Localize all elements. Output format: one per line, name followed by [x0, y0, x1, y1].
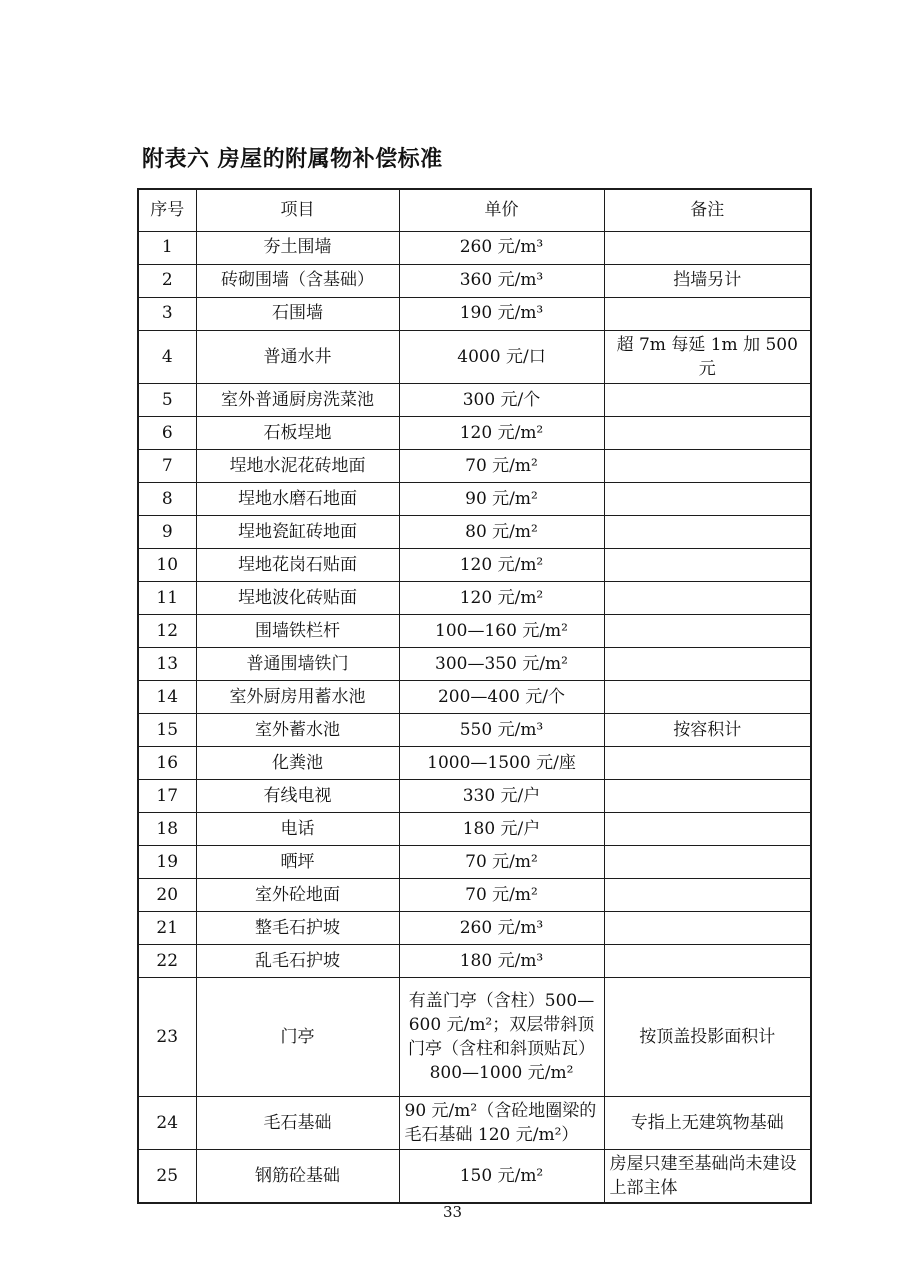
table-row: 6石板埕地120 元/m² [138, 416, 811, 449]
table-row: 16化粪池1000—1500 元/座 [138, 746, 811, 779]
cell-item: 埕地花岗石贴面 [196, 548, 399, 581]
cell-no: 19 [138, 845, 196, 878]
table-row: 8埕地水磨石地面90 元/m² [138, 482, 811, 515]
cell-no: 20 [138, 878, 196, 911]
cell-price: 1000—1500 元/座 [399, 746, 604, 779]
table-header: 序号 项目 单价 备注 [138, 189, 811, 231]
cell-price: 180 元/户 [399, 812, 604, 845]
cell-no: 8 [138, 482, 196, 515]
table-row: 14室外厨房用蓄水池200—400 元/个 [138, 680, 811, 713]
cell-item: 钢筋砼基础 [196, 1150, 399, 1204]
cell-price: 90 元/m² [399, 482, 604, 515]
cell-price: 260 元/m³ [399, 911, 604, 944]
cell-no: 15 [138, 713, 196, 746]
table-row: 3石围墙190 元/m³ [138, 297, 811, 330]
cell-item: 夯土围墙 [196, 231, 399, 264]
cell-note [604, 548, 811, 581]
compensation-table: 序号 项目 单价 备注 1夯土围墙260 元/m³2砖砌围墙（含基础）360 元… [137, 188, 812, 1204]
header-note: 备注 [604, 189, 811, 231]
cell-price: 120 元/m² [399, 581, 604, 614]
cell-price: 80 元/m² [399, 515, 604, 548]
cell-note [604, 845, 811, 878]
table-row: 25钢筋砼基础150 元/m²房屋只建至基础尚未建设上部主体 [138, 1150, 811, 1204]
cell-note [604, 812, 811, 845]
cell-price: 120 元/m² [399, 548, 604, 581]
cell-item: 室外砼地面 [196, 878, 399, 911]
table-row: 18电话180 元/户 [138, 812, 811, 845]
table-row: 19晒坪70 元/m² [138, 845, 811, 878]
cell-note [604, 515, 811, 548]
table-row: 9埕地瓷缸砖地面80 元/m² [138, 515, 811, 548]
header-price: 单价 [399, 189, 604, 231]
cell-no: 1 [138, 231, 196, 264]
cell-no: 6 [138, 416, 196, 449]
cell-note [604, 449, 811, 482]
cell-no: 18 [138, 812, 196, 845]
cell-no: 13 [138, 647, 196, 680]
cell-note: 按容积计 [604, 713, 811, 746]
cell-item: 室外蓄水池 [196, 713, 399, 746]
table-row: 23门亭有盖门亭（含柱）500—600 元/m²；双层带斜顶门亭（含柱和斜顶贴瓦… [138, 977, 811, 1096]
cell-item: 晒坪 [196, 845, 399, 878]
cell-note [604, 911, 811, 944]
table-row: 7埕地水泥花砖地面70 元/m² [138, 449, 811, 482]
cell-item: 普通围墙铁门 [196, 647, 399, 680]
cell-no: 7 [138, 449, 196, 482]
table-body: 1夯土围墙260 元/m³2砖砌围墙（含基础）360 元/m³挡墙另计3石围墙1… [138, 231, 811, 1203]
cell-price: 120 元/m² [399, 416, 604, 449]
cell-price: 550 元/m³ [399, 713, 604, 746]
cell-item: 电话 [196, 812, 399, 845]
table-row: 22乱毛石护坡180 元/m³ [138, 944, 811, 977]
cell-price: 70 元/m² [399, 878, 604, 911]
cell-no: 9 [138, 515, 196, 548]
cell-item: 乱毛石护坡 [196, 944, 399, 977]
cell-no: 17 [138, 779, 196, 812]
cell-no: 23 [138, 977, 196, 1096]
cell-price: 300—350 元/m² [399, 647, 604, 680]
cell-price: 4000 元/口 [399, 330, 604, 383]
table-row: 24毛石基础90 元/m²（含砼地圈梁的毛石基础 120 元/m²）专指上无建筑… [138, 1096, 811, 1149]
cell-no: 22 [138, 944, 196, 977]
header-row: 序号 项目 单价 备注 [138, 189, 811, 231]
cell-note [604, 297, 811, 330]
cell-price: 300 元/个 [399, 383, 604, 416]
cell-item: 石板埕地 [196, 416, 399, 449]
cell-note: 专指上无建筑物基础 [604, 1096, 811, 1149]
table-row: 15室外蓄水池550 元/m³按容积计 [138, 713, 811, 746]
table-row: 20室外砼地面70 元/m² [138, 878, 811, 911]
header-no: 序号 [138, 189, 196, 231]
header-item: 项目 [196, 189, 399, 231]
cell-no: 4 [138, 330, 196, 383]
cell-price: 190 元/m³ [399, 297, 604, 330]
cell-price: 200—400 元/个 [399, 680, 604, 713]
cell-note [604, 581, 811, 614]
table-row: 1夯土围墙260 元/m³ [138, 231, 811, 264]
page-number: 33 [0, 1203, 905, 1221]
cell-no: 5 [138, 383, 196, 416]
cell-no: 10 [138, 548, 196, 581]
cell-note [604, 878, 811, 911]
cell-note: 超 7m 每延 1m 加 500 元 [604, 330, 811, 383]
table-row: 21整毛石护坡260 元/m³ [138, 911, 811, 944]
cell-note [604, 416, 811, 449]
cell-note [604, 944, 811, 977]
table-row: 11埕地波化砖贴面120 元/m² [138, 581, 811, 614]
table-row: 5室外普通厨房洗菜池300 元/个 [138, 383, 811, 416]
cell-price: 260 元/m³ [399, 231, 604, 264]
cell-price: 100—160 元/m² [399, 614, 604, 647]
table-row: 17有线电视330 元/户 [138, 779, 811, 812]
cell-no: 12 [138, 614, 196, 647]
cell-no: 11 [138, 581, 196, 614]
cell-item: 毛石基础 [196, 1096, 399, 1149]
cell-no: 25 [138, 1150, 196, 1204]
cell-item: 石围墙 [196, 297, 399, 330]
cell-note: 按顶盖投影面积计 [604, 977, 811, 1096]
cell-note [604, 647, 811, 680]
cell-note [604, 383, 811, 416]
cell-note [604, 482, 811, 515]
cell-no: 14 [138, 680, 196, 713]
cell-price: 90 元/m²（含砼地圈梁的毛石基础 120 元/m²） [399, 1096, 604, 1149]
cell-price: 330 元/户 [399, 779, 604, 812]
cell-no: 21 [138, 911, 196, 944]
cell-no: 3 [138, 297, 196, 330]
cell-price: 70 元/m² [399, 449, 604, 482]
cell-note: 挡墙另计 [604, 264, 811, 297]
cell-note [604, 779, 811, 812]
cell-price: 360 元/m³ [399, 264, 604, 297]
table-row: 12围墙铁栏杆100—160 元/m² [138, 614, 811, 647]
cell-item: 普通水井 [196, 330, 399, 383]
page-title: 附表六 房屋的附属物补偿标准 [142, 142, 443, 173]
cell-item: 化粪池 [196, 746, 399, 779]
table-row: 2砖砌围墙（含基础）360 元/m³挡墙另计 [138, 264, 811, 297]
cell-note [604, 231, 811, 264]
cell-item: 埕地水泥花砖地面 [196, 449, 399, 482]
cell-note [604, 680, 811, 713]
cell-no: 2 [138, 264, 196, 297]
cell-item: 埕地波化砖贴面 [196, 581, 399, 614]
cell-item: 室外厨房用蓄水池 [196, 680, 399, 713]
cell-item: 门亭 [196, 977, 399, 1096]
cell-item: 埕地瓷缸砖地面 [196, 515, 399, 548]
cell-note: 房屋只建至基础尚未建设上部主体 [604, 1150, 811, 1204]
cell-price: 150 元/m² [399, 1150, 604, 1204]
cell-note [604, 746, 811, 779]
table-row: 10埕地花岗石贴面120 元/m² [138, 548, 811, 581]
table-row: 4普通水井4000 元/口超 7m 每延 1m 加 500 元 [138, 330, 811, 383]
cell-no: 16 [138, 746, 196, 779]
cell-price: 有盖门亭（含柱）500—600 元/m²；双层带斜顶门亭（含柱和斜顶贴瓦）800… [399, 977, 604, 1096]
table-row: 13普通围墙铁门300—350 元/m² [138, 647, 811, 680]
cell-price: 70 元/m² [399, 845, 604, 878]
cell-item: 围墙铁栏杆 [196, 614, 399, 647]
cell-item: 室外普通厨房洗菜池 [196, 383, 399, 416]
cell-no: 24 [138, 1096, 196, 1149]
cell-item: 有线电视 [196, 779, 399, 812]
cell-note [604, 614, 811, 647]
cell-item: 埕地水磨石地面 [196, 482, 399, 515]
cell-item: 整毛石护坡 [196, 911, 399, 944]
cell-price: 180 元/m³ [399, 944, 604, 977]
cell-item: 砖砌围墙（含基础） [196, 264, 399, 297]
